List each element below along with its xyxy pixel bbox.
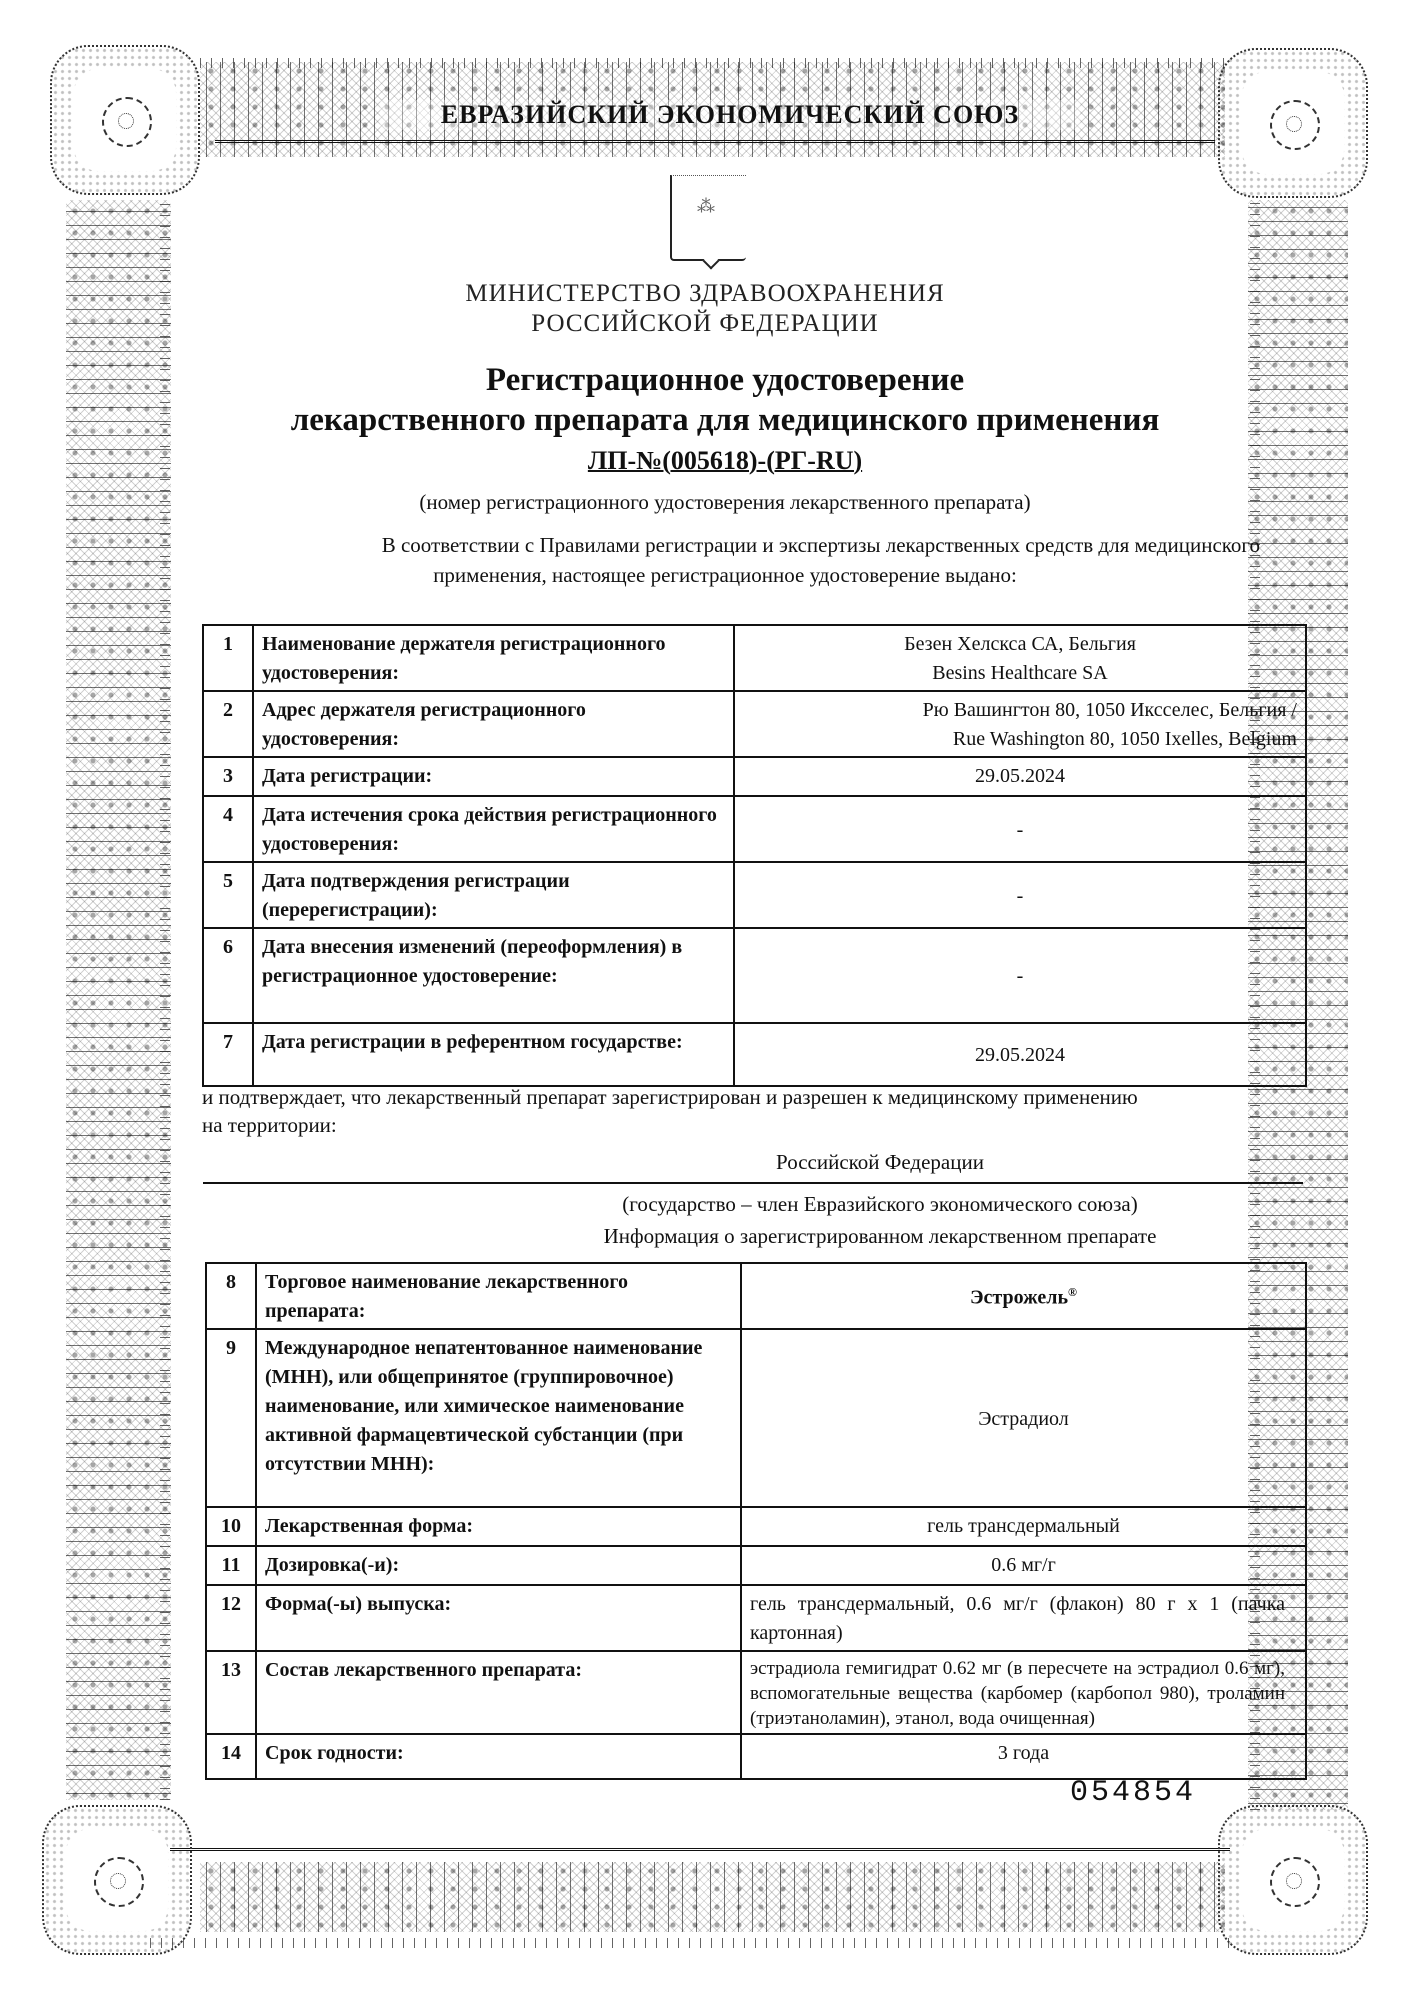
row-number: 5	[203, 862, 253, 928]
table-row: 6 Дата внесения изменений (переоформлени…	[203, 928, 1306, 1023]
row-number: 7	[203, 1023, 253, 1086]
row-value: Рю Вашингтон 80, 1050 Иксселес, Бельгия …	[734, 691, 1306, 757]
table-row: 14 Срок годности: 3 года	[206, 1734, 1306, 1779]
territory-underline	[203, 1182, 1303, 1184]
table-row: 13 Состав лекарственного препарата: эстр…	[206, 1651, 1306, 1734]
territory-name: Российской Федерации	[510, 1150, 1250, 1175]
row-label: Адрес держателя регистрационного удостов…	[253, 691, 734, 757]
registration-date: 29.05.2024	[734, 757, 1306, 796]
row-number: 12	[206, 1585, 256, 1651]
territory-caption: (государство – член Евразийского экономи…	[510, 1192, 1250, 1217]
frame-left-band	[66, 200, 171, 1800]
holder-address-ru: Рю Вашингтон 80, 1050 Иксселес, Бельгия …	[743, 696, 1297, 725]
frame-top-rule	[215, 140, 1215, 143]
table-row: 4 Дата истечения срока действия регистра…	[203, 796, 1306, 862]
frame-left-ticks	[160, 200, 170, 1800]
trade-name: Эстрожель®	[741, 1263, 1306, 1329]
expiry-date: -	[734, 796, 1306, 862]
row-number: 4	[203, 796, 253, 862]
row-number: 11	[206, 1546, 256, 1585]
ministry-line-1: МИНИСТЕРСТВО ЗДРАВООХРАНЕНИЯ	[300, 280, 1110, 308]
dosage-form: гель трансдермальный	[741, 1507, 1306, 1546]
row-number: 13	[206, 1651, 256, 1734]
row-label: Дозировка(-и):	[256, 1546, 741, 1585]
eagle-icon: ⁂	[697, 196, 715, 217]
table-row: 11 Дозировка(-и): 0.6 мг/г	[206, 1546, 1306, 1585]
row-number: 10	[206, 1507, 256, 1546]
row-number: 14	[206, 1734, 256, 1779]
row-label: Дата регистрации в референтном государст…	[253, 1023, 734, 1086]
ministry-line-2: РОССИЙСКОЙ ФЕДЕРАЦИИ	[300, 310, 1110, 338]
table-row: 7 Дата регистрации в референтном государ…	[203, 1023, 1306, 1086]
registration-number-text: ЛП-№(005618)-(РГ-RU)	[588, 446, 862, 475]
table-row: 3 Дата регистрации: 29.05.2024	[203, 757, 1306, 796]
drug-table: 8 Торговое наименование лекарственного п…	[205, 1262, 1307, 1780]
holder-table: 1 Наименование держателя регистрационног…	[202, 624, 1307, 1087]
composition: эстрадиола гемигидрат 0.62 мг (в пересче…	[741, 1651, 1306, 1734]
table-row: 1 Наименование держателя регистрационног…	[203, 625, 1306, 691]
row-number: 9	[206, 1329, 256, 1507]
row-label: Дата внесения изменений (переоформления)…	[253, 928, 734, 1023]
frame-corner-top-right	[1218, 48, 1368, 198]
row-label: Торговое наименование лекарственного пре…	[256, 1263, 741, 1329]
drug-info-heading: Информация о зарегистрированном лекарств…	[510, 1224, 1250, 1249]
table-row: 8 Торговое наименование лекарственного п…	[206, 1263, 1306, 1329]
frame-bottom-band	[200, 1862, 1225, 1932]
intro-line-2: применения, настоящее регистрационное уд…	[200, 560, 1250, 590]
amendment-date: -	[734, 928, 1306, 1023]
row-label: Форма(-ы) выпуска:	[256, 1585, 741, 1651]
row-number: 3	[203, 757, 253, 796]
table-row: 12 Форма(-ы) выпуска: гель трансдермальн…	[206, 1585, 1306, 1651]
intro-line-1: В соответствии с Правилами регистрации и…	[250, 530, 1260, 560]
confirmation-line-1: и подтверждает, что лекарственный препар…	[202, 1082, 1312, 1112]
serial-number: 054854	[1070, 1776, 1196, 1810]
reregistration-date: -	[734, 862, 1306, 928]
coat-of-arms-icon: ⁂	[670, 175, 746, 261]
row-number: 8	[206, 1263, 256, 1329]
row-value: Безен Хелскса СА, Бельгия Besins Healthc…	[734, 625, 1306, 691]
table-row: 9 Международное непатентованное наименов…	[206, 1329, 1306, 1507]
holder-name-en: Besins Healthcare SA	[743, 659, 1297, 688]
frame-corner-bottom-left	[42, 1805, 192, 1955]
document-title-line-1: Регистрационное удостоверение	[200, 362, 1250, 399]
strength: 0.6 мг/г	[741, 1546, 1306, 1585]
frame-bottom-ticks	[150, 1938, 1230, 1948]
frame-corner-bottom-right	[1218, 1805, 1368, 1955]
row-label: Состав лекарственного препарата:	[256, 1651, 741, 1734]
document-title-line-2: лекарственного препарата для медицинског…	[200, 402, 1250, 439]
row-label: Наименование держателя регистрационного …	[253, 625, 734, 691]
row-label: Лекарственная форма:	[256, 1507, 741, 1546]
holder-name-ru: Безен Хелскса СА, Бельгия	[743, 630, 1297, 659]
registered-mark: ®	[1068, 1285, 1077, 1299]
registration-number-caption: (номер регистрационного удостоверения ле…	[200, 490, 1250, 515]
table-row: 10 Лекарственная форма: гель трансдермал…	[206, 1507, 1306, 1546]
frame-corner-top-left	[50, 45, 200, 195]
row-label: Дата подтверждения регистрации (перереги…	[253, 862, 734, 928]
frame-top-ticks	[200, 58, 1225, 68]
registration-number: ЛП-№(005618)-(РГ-RU)	[200, 446, 1250, 476]
row-number: 6	[203, 928, 253, 1023]
row-label: Дата регистрации:	[253, 757, 734, 796]
release-form: гель трансдермальный, 0.6 мг/г (флакон) …	[741, 1585, 1306, 1651]
shelf-life: 3 года	[741, 1734, 1306, 1779]
trade-name-text: Эстрожель	[970, 1287, 1068, 1309]
inn-name: Эстрадиол	[741, 1329, 1306, 1507]
row-label: Международное непатентованное наименован…	[256, 1329, 741, 1507]
row-number: 2	[203, 691, 253, 757]
frame-bottom-rule	[170, 1848, 1230, 1851]
table-row: 2 Адрес держателя регистрационного удост…	[203, 691, 1306, 757]
table-row: 5 Дата подтверждения регистрации (перере…	[203, 862, 1306, 928]
row-number: 1	[203, 625, 253, 691]
reference-state-registration-date: 29.05.2024	[734, 1023, 1306, 1086]
row-label: Дата истечения срока действия регистраци…	[253, 796, 734, 862]
union-title: ЕВРАЗИЙСКИЙ ЭКОНОМИЧЕСКИЙ СОЮЗ	[380, 100, 1080, 130]
row-label: Срок годности:	[256, 1734, 741, 1779]
confirmation-line-2: на территории:	[202, 1110, 337, 1140]
holder-address-en: Rue Washington 80, 1050 Ixelles, Belgium	[743, 725, 1297, 754]
